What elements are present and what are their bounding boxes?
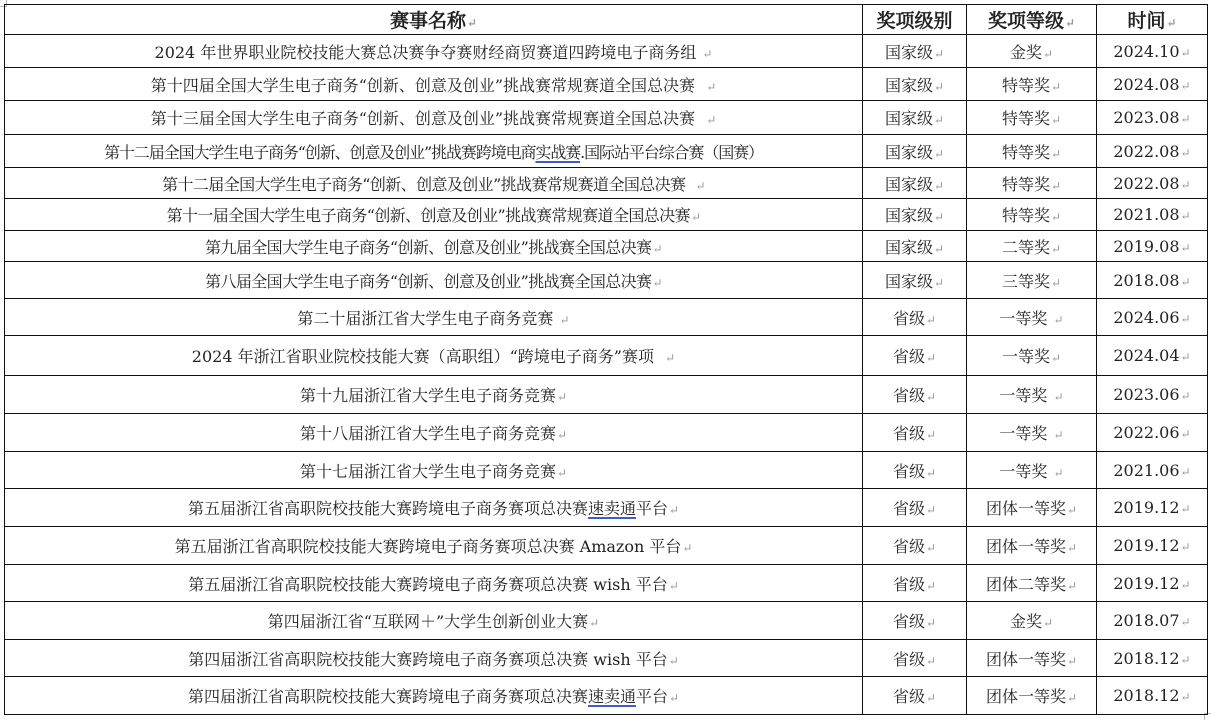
table-row: 第十三届全国大学生电子商务“创新、创意及创业”挑战赛常规赛道全国总决赛 ↵国家级…: [5, 101, 1208, 135]
cell-event-name[interactable]: 2024 年世界职业院校技能大赛总决赛争夺赛财经商贸赛道四跨境电子商务组 ↵: [5, 35, 863, 68]
paragraph-mark-icon: ↵: [934, 147, 944, 161]
paragraph-mark-icon: ↵: [560, 313, 570, 327]
cell-event-name[interactable]: 第十七届浙江省大学生电子商务竞赛↵: [5, 452, 863, 489]
cell-time[interactable]: 2019.12↵: [1097, 527, 1208, 565]
award-level-text: 省级: [893, 537, 925, 556]
table-row: 第八届全国大学生电子商务“创新、创意及创业”挑战赛全国总决赛↵国家级↵三等奖↵2…: [5, 262, 1208, 299]
table-row: 第十七届浙江省大学生电子商务竞赛↵省级↵一等奖 ↵2021.06↵: [5, 452, 1208, 489]
paragraph-mark-icon: ↵: [1054, 313, 1064, 327]
cell-time[interactable]: 2018.08↵: [1097, 262, 1208, 299]
event-name-text: 第九届全国大学生电子商务“创新、创意及创业”挑战赛全国总决赛: [205, 238, 651, 257]
paragraph-mark-icon: ↵: [934, 179, 944, 193]
award-grade-text: 一等奖: [999, 309, 1052, 328]
cell-award-grade[interactable]: 团体一等奖↵: [967, 677, 1097, 715]
cell-event-name[interactable]: 第十一届全国大学生电子商务“创新、创意及创业”挑战赛常规赛道全国总决赛↵: [5, 199, 863, 231]
cell-award-level[interactable]: 省级↵: [863, 677, 967, 715]
paragraph-mark-icon: ↵: [695, 179, 704, 193]
cell-time[interactable]: 2018.07↵: [1097, 602, 1208, 640]
paragraph-mark-icon: ↵: [1181, 312, 1191, 326]
cell-award-grade[interactable]: 团体一等奖↵: [967, 640, 1097, 677]
event-name-text: 第四届浙江省高职院校技能大赛跨境电子商务赛项总决赛 wish 平台: [188, 650, 668, 669]
award-grade-text: 一等奖: [999, 424, 1052, 443]
award-grade-text: 金奖: [1010, 612, 1042, 631]
time-text: 2023.06: [1113, 385, 1179, 404]
time-text: 2023.08: [1113, 108, 1179, 127]
event-name-text: 第十二届全国大学生电子商务“创新、创意及创业”挑战赛跨境电商: [104, 143, 535, 162]
event-name-text: 2024 年浙江省职业院校技能大赛（高职组）“跨境电子商务”赛项: [192, 347, 664, 366]
event-name-text: 第五届浙江省高职院校技能大赛跨境电子商务赛项总决赛: [188, 499, 588, 518]
event-name-text: 第十九届浙江省大学生电子商务竞赛: [300, 386, 556, 405]
paragraph-mark-icon: ↵: [926, 466, 936, 480]
cell-award-grade[interactable]: 一等奖 ↵: [967, 452, 1097, 489]
cell-award-grade[interactable]: 特等奖↵: [967, 68, 1097, 101]
paragraph-mark-icon: ↵: [589, 616, 599, 630]
award-grade-text: 特等奖: [1002, 206, 1050, 225]
cell-award-level[interactable]: 国家级↵: [863, 35, 967, 68]
paragraph-mark-icon: ↵: [557, 428, 567, 442]
cell-award-level[interactable]: 省级↵: [863, 527, 967, 565]
cell-award-grade[interactable]: 金奖↵: [967, 35, 1097, 68]
event-name-text: 第十三届全国大学生电子商务“创新、创意及创业”挑战赛常规赛道全国总决赛: [151, 109, 706, 128]
paragraph-mark-icon: ↵: [926, 691, 936, 705]
cell-award-level[interactable]: 省级↵: [863, 376, 967, 414]
cell-award-level[interactable]: 国家级↵: [863, 199, 967, 231]
paragraph-mark-icon: ↵: [926, 313, 936, 327]
cell-event-name[interactable]: 第四届浙江省高职院校技能大赛跨境电子商务赛项总决赛速卖通平台↵: [5, 677, 863, 715]
paragraph-mark-icon: ↵: [652, 276, 661, 290]
cell-time[interactable]: 2024.04↵: [1097, 336, 1208, 376]
table-row: 第四届浙江省“互联网＋”大学生创新创业大赛↵省级↵金奖↵2018.07↵: [5, 602, 1208, 640]
cell-award-level[interactable]: 省级↵: [863, 489, 967, 527]
award-grade-text: 特等奖: [1002, 109, 1050, 128]
award-grade-text: 一等奖: [999, 386, 1052, 405]
cell-event-name[interactable]: 第五届浙江省高职院校技能大赛跨境电子商务赛项总决赛 wish 平台↵: [5, 565, 863, 602]
cell-award-level[interactable]: 省级↵: [863, 640, 967, 677]
award-level-text: 省级: [893, 386, 925, 405]
paragraph-mark-icon: ↵: [934, 210, 944, 224]
cell-event-name[interactable]: 第十四届全国大学生电子商务“创新、创意及创业”挑战赛常规赛道全国总决赛 ↵: [5, 68, 863, 101]
table-header-row: 赛事名称↵ 奖项级别 奖项等级↵ 时间↵: [5, 5, 1208, 35]
time-text: 2024.08: [1113, 75, 1179, 94]
award-level-text: 国家级: [885, 272, 933, 291]
time-text: 2021.08: [1113, 205, 1179, 224]
cell-time[interactable]: 2023.06↵: [1097, 376, 1208, 414]
paragraph-mark-icon: ↵: [1181, 209, 1191, 223]
cell-time[interactable]: 2024.06↵: [1097, 299, 1208, 336]
paragraph-mark-icon: ↵: [557, 390, 567, 404]
paragraph-mark-icon: ↵: [1054, 390, 1064, 404]
event-name-text: 第十七届浙江省大学生电子商务竞赛: [300, 462, 556, 481]
paragraph-mark-icon: ↵: [1181, 615, 1191, 629]
paragraph-mark-icon: ↵: [926, 654, 936, 668]
paragraph-mark-icon: ↵: [1051, 276, 1061, 290]
award-grade-text: 金奖: [1010, 43, 1042, 62]
time-text: 2022.06: [1113, 423, 1179, 442]
award-level-text: 国家级: [885, 76, 933, 95]
cell-award-grade[interactable]: 一等奖 ↵: [967, 414, 1097, 452]
event-name-text: 第十二届全国大学生电子商务“创新、创意及创业”挑战赛常规赛道全国总决赛: [162, 175, 694, 194]
cell-award-grade[interactable]: 团体一等奖↵: [967, 489, 1097, 527]
cell-award-grade[interactable]: 特等奖↵: [967, 168, 1097, 199]
cell-award-grade[interactable]: 一等奖↵: [967, 336, 1097, 376]
paragraph-mark-icon: ↵: [1051, 242, 1061, 256]
table-row: 第五届浙江省高职院校技能大赛跨境电子商务赛项总决赛速卖通平台↵省级↵团体一等奖↵…: [5, 489, 1208, 527]
award-grade-text: 团体一等奖: [986, 499, 1066, 518]
time-text: 2024.04: [1113, 346, 1179, 365]
cell-award-level[interactable]: 国家级↵: [863, 168, 967, 199]
cell-event-name[interactable]: 2024 年浙江省职业院校技能大赛（高职组）“跨境电子商务”赛项 ↵: [5, 336, 863, 376]
cell-award-grade[interactable]: 特等奖↵: [967, 199, 1097, 231]
event-name-text-suffix: .国际站平台综合赛（国赛）: [580, 143, 763, 162]
event-name-text: 第八届全国大学生电子商务“创新、创意及创业”挑战赛全国总决赛: [205, 272, 651, 291]
header-time: 时间↵: [1097, 5, 1208, 35]
cell-award-level[interactable]: 国家级↵: [863, 135, 967, 168]
award-level-text: 省级: [893, 424, 925, 443]
time-text: 2019.12: [1113, 574, 1179, 593]
paragraph-mark-icon: ↵: [1051, 113, 1061, 127]
cell-time[interactable]: 2024.08↵: [1097, 68, 1208, 101]
paragraph-mark-icon: ↵: [926, 541, 936, 555]
paragraph-mark-icon: ↵: [1051, 210, 1061, 224]
paragraph-mark-icon: ↵: [669, 691, 679, 705]
cell-time[interactable]: 2023.08↵: [1097, 101, 1208, 135]
award-grade-text: 特等奖: [1002, 143, 1050, 162]
cell-event-name[interactable]: 第五届浙江省高职院校技能大赛跨境电子商务赛项总决赛速卖通平台↵: [5, 489, 863, 527]
time-text: 2021.06: [1113, 461, 1179, 480]
time-text: 2019.12: [1113, 498, 1179, 517]
paragraph-mark-icon: ↵: [926, 351, 936, 365]
time-text: 2018.07: [1113, 611, 1179, 630]
paragraph-mark-icon: ↵: [467, 16, 477, 30]
award-grade-text: 一等奖: [999, 462, 1052, 481]
cell-time[interactable]: 2022.08↵: [1097, 135, 1208, 168]
time-text: 2018.08: [1113, 271, 1179, 290]
event-name-text: 第四届浙江省高职院校技能大赛跨境电子商务赛项总决赛: [188, 687, 588, 706]
spellcheck-underlined-text: 速卖通: [588, 499, 636, 518]
paragraph-mark-icon: ↵: [1043, 47, 1053, 61]
table-body: 2024 年世界职业院校技能大赛总决赛争夺赛财经商贸赛道四跨境电子商务组 ↵国家…: [5, 35, 1208, 715]
paragraph-mark-icon: ↵: [1181, 275, 1191, 289]
award-level-text: 国家级: [885, 43, 933, 62]
cell-award-grade[interactable]: 一等奖 ↵: [967, 299, 1097, 336]
award-level-text: 省级: [893, 462, 925, 481]
award-level-text: 国家级: [885, 143, 933, 162]
event-name-text: 第十四届全国大学生电子商务“创新、创意及创业”挑战赛常规赛道全国总决赛: [151, 76, 706, 95]
cell-award-level[interactable]: 省级↵: [863, 414, 967, 452]
award-grade-text: 二等奖: [1002, 238, 1050, 257]
table-row: 第十二届全国大学生电子商务“创新、创意及创业”挑战赛常规赛道全国总决赛 ↵国家级…: [5, 168, 1208, 199]
table-row: 第五届浙江省高职院校技能大赛跨境电子商务赛项总决赛 Amazon 平台↵省级↵团…: [5, 527, 1208, 565]
award-level-text: 省级: [893, 650, 925, 669]
table-row: 第四届浙江省高职院校技能大赛跨境电子商务赛项总决赛速卖通平台↵省级↵团体一等奖↵…: [5, 677, 1208, 715]
paragraph-mark-icon: ↵: [1181, 578, 1191, 592]
cell-time[interactable]: 2019.12↵: [1097, 565, 1208, 602]
event-name-text: 第五届浙江省高职院校技能大赛跨境电子商务赛项总决赛 wish 平台: [188, 575, 668, 594]
cell-time[interactable]: 2018.12↵: [1097, 677, 1208, 715]
paragraph-mark-icon: ↵: [652, 242, 661, 256]
paragraph-mark-icon: ↵: [926, 579, 936, 593]
cell-event-name[interactable]: 第四届浙江省高职院校技能大赛跨境电子商务赛项总决赛 wish 平台↵: [5, 640, 863, 677]
paragraph-mark-icon: ↵: [1181, 690, 1191, 704]
paragraph-mark-icon: ↵: [1181, 112, 1191, 126]
time-text: 2024.06: [1113, 308, 1179, 327]
cell-time[interactable]: 2021.08↵: [1097, 199, 1208, 231]
paragraph-mark-icon: ↵: [665, 351, 675, 365]
award-level-text: 省级: [893, 687, 925, 706]
award-level-text: 国家级: [885, 175, 933, 194]
cell-event-name[interactable]: 第八届全国大学生电子商务“创新、创意及创业”挑战赛全国总决赛↵: [5, 262, 863, 299]
paragraph-mark-icon: ↵: [1065, 16, 1075, 30]
paragraph-mark-icon: ↵: [1181, 653, 1191, 667]
time-text: 2018.12: [1113, 649, 1179, 668]
paragraph-mark-icon: ↵: [934, 47, 944, 61]
award-level-text: 国家级: [885, 109, 933, 128]
time-text: 2019.08: [1113, 237, 1179, 256]
paragraph-mark-icon: ↵: [691, 210, 700, 224]
cell-event-name[interactable]: 第十九届浙江省大学生电子商务竞赛↵: [5, 376, 863, 414]
paragraph-mark-icon: ↵: [1054, 466, 1064, 480]
paragraph-mark-icon: ↵: [1051, 351, 1061, 365]
cell-award-level[interactable]: 省级↵: [863, 602, 967, 640]
cell-award-level[interactable]: 省级↵: [863, 299, 967, 336]
cell-time[interactable]: 2018.12↵: [1097, 640, 1208, 677]
cell-event-name[interactable]: 第五届浙江省高职院校技能大赛跨境电子商务赛项总决赛 Amazon 平台↵: [5, 527, 863, 565]
table-row: 第十九届浙江省大学生电子商务竞赛↵省级↵一等奖 ↵2023.06↵: [5, 376, 1208, 414]
award-level-text: 省级: [893, 347, 925, 366]
paragraph-mark-icon: ↵: [1181, 146, 1191, 160]
paragraph-mark-icon: ↵: [934, 276, 944, 290]
time-text: 2022.08: [1113, 142, 1179, 161]
award-level-text: 省级: [893, 309, 925, 328]
paragraph-mark-icon: ↵: [1051, 179, 1061, 193]
header-level: 奖项级别: [863, 5, 967, 35]
award-level-text: 省级: [893, 612, 925, 631]
paragraph-mark-icon: ↵: [1051, 80, 1061, 94]
cell-event-name[interactable]: 第四届浙江省“互联网＋”大学生创新创业大赛↵: [5, 602, 863, 640]
cell-event-name[interactable]: 第十三届全国大学生电子商务“创新、创意及创业”挑战赛常规赛道全国总决赛 ↵: [5, 101, 863, 135]
event-name-text: 第四届浙江省“互联网＋”大学生创新创业大赛: [268, 612, 588, 631]
spellcheck-underlined-text: 实战赛: [535, 143, 580, 162]
award-grade-text: 三等奖: [1002, 272, 1050, 291]
paragraph-mark-icon: ↵: [926, 503, 936, 517]
award-level-text: 省级: [893, 575, 925, 594]
award-level-text: 省级: [893, 499, 925, 518]
paragraph-mark-icon: ↵: [934, 80, 944, 94]
header-time-label: 时间: [1127, 10, 1165, 32]
award-grade-text: 特等奖: [1002, 175, 1050, 194]
cell-award-level[interactable]: 国家级↵: [863, 101, 967, 135]
table-row: 第十四届全国大学生电子商务“创新、创意及创业”挑战赛常规赛道全国总决赛 ↵国家级…: [5, 68, 1208, 101]
cell-time[interactable]: 2021.06↵: [1097, 452, 1208, 489]
event-name-text: 第二十届浙江省大学生电子商务竞赛: [297, 309, 558, 328]
header-grade: 奖项等级↵: [967, 5, 1097, 35]
paragraph-mark-icon: ↵: [934, 113, 944, 127]
award-grade-text: 一等奖: [1002, 347, 1050, 366]
paragraph-mark-icon: ↵: [926, 616, 936, 630]
paragraph-mark-icon: ↵: [926, 390, 936, 404]
paragraph-mark-icon: ↵: [1051, 147, 1061, 161]
paragraph-mark-icon: ↵: [1181, 46, 1191, 60]
header-level-label: 奖项级别: [876, 10, 952, 32]
paragraph-mark-icon: ↵: [669, 579, 679, 593]
award-grade-text: 团体二等奖: [986, 575, 1066, 594]
header-name-label: 赛事名称: [390, 10, 466, 32]
paragraph-mark-icon: ↵: [1054, 428, 1064, 442]
paragraph-mark-icon: ↵: [1181, 79, 1191, 93]
paragraph-mark-icon: ↵: [682, 541, 692, 555]
award-grade-text: 团体一等奖: [986, 650, 1066, 669]
event-name-text: 第十八届浙江省大学生电子商务竞赛: [300, 424, 556, 443]
event-name-text-suffix: 平台: [636, 687, 668, 706]
cell-award-level[interactable]: 省级↵: [863, 565, 967, 602]
event-name-text-suffix: 平台: [636, 499, 668, 518]
cell-time[interactable]: 2022.08↵: [1097, 168, 1208, 199]
cell-award-grade[interactable]: 一等奖 ↵: [967, 376, 1097, 414]
cell-event-name[interactable]: 第二十届浙江省大学生电子商务竞赛 ↵: [5, 299, 863, 336]
paragraph-mark-icon: ↵: [1067, 579, 1077, 593]
cell-award-grade[interactable]: 二等奖↵: [967, 231, 1097, 262]
table-row: 2024 年世界职业院校技能大赛总决赛争夺赛财经商贸赛道四跨境电子商务组 ↵国家…: [5, 35, 1208, 68]
paragraph-mark-icon: ↵: [1067, 503, 1077, 517]
paragraph-mark-icon: ↵: [1181, 540, 1191, 554]
cell-award-level[interactable]: 省级↵: [863, 336, 967, 376]
paragraph-mark-icon: ↵: [1067, 654, 1077, 668]
table-row: 第十一届全国大学生电子商务“创新、创意及创业”挑战赛常规赛道全国总决赛↵国家级↵…: [5, 199, 1208, 231]
paragraph-mark-icon: ↵: [1181, 389, 1191, 403]
paragraph-mark-icon: ↵: [557, 466, 567, 480]
paragraph-mark-icon: ↵: [669, 654, 679, 668]
awards-table: 赛事名称↵ 奖项级别 奖项等级↵ 时间↵ 2024 年世界职业院校技能大赛总决赛…: [4, 4, 1208, 715]
paragraph-mark-icon: ↵: [1181, 178, 1191, 192]
cell-award-grade[interactable]: 特等奖↵: [967, 101, 1097, 135]
header-grade-label: 奖项等级: [988, 10, 1064, 32]
cell-award-grade[interactable]: 团体二等奖↵: [967, 565, 1097, 602]
cell-event-name[interactable]: 第九届全国大学生电子商务“创新、创意及创业”挑战赛全国总决赛↵: [5, 231, 863, 262]
paragraph-mark-icon: ↵: [1181, 241, 1191, 255]
paragraph-mark-icon: ↵: [1181, 502, 1191, 516]
paragraph-mark-icon: ↵: [706, 113, 716, 127]
cell-award-grade[interactable]: 特等奖↵: [967, 135, 1097, 168]
cell-award-grade[interactable]: 团体一等奖↵: [967, 527, 1097, 565]
paragraph-mark-icon: ↵: [1166, 16, 1176, 30]
table-row: 第四届浙江省高职院校技能大赛跨境电子商务赛项总决赛 wish 平台↵省级↵团体一…: [5, 640, 1208, 677]
table-row: 第十八届浙江省大学生电子商务竞赛↵省级↵一等奖 ↵2022.06↵: [5, 414, 1208, 452]
paragraph-mark-icon: ↵: [1067, 541, 1077, 555]
award-grade-text: 团体一等奖: [986, 687, 1066, 706]
award-level-text: 国家级: [885, 238, 933, 257]
time-text: 2018.12: [1113, 686, 1179, 705]
cell-time[interactable]: 2022.06↵: [1097, 414, 1208, 452]
spellcheck-underlined-text: 速卖通: [588, 687, 636, 706]
event-name-text: 第十一届全国大学生电子商务“创新、创意及创业”挑战赛常规赛道全国总决赛: [167, 206, 690, 225]
event-name-text: 第五届浙江省高职院校技能大赛跨境电子商务赛项总决赛 Amazon 平台: [175, 537, 682, 556]
table-row: 第十二届全国大学生电子商务“创新、创意及创业”挑战赛跨境电商实战赛.国际站平台综…: [5, 135, 1208, 168]
table-row: 第二十届浙江省大学生电子商务竞赛 ↵省级↵一等奖 ↵2024.06↵: [5, 299, 1208, 336]
paragraph-mark-icon: ↵: [1067, 691, 1077, 705]
cell-award-grade[interactable]: 金奖↵: [967, 602, 1097, 640]
paragraph-mark-icon: ↵: [1181, 427, 1191, 441]
cell-time[interactable]: 2019.08↵: [1097, 231, 1208, 262]
paragraph-mark-icon: ↵: [1043, 616, 1053, 630]
award-grade-text: 团体一等奖: [986, 537, 1066, 556]
time-text: 2024.10: [1113, 42, 1179, 61]
cell-event-name[interactable]: 第十二届全国大学生电子商务“创新、创意及创业”挑战赛跨境电商实战赛.国际站平台综…: [5, 135, 863, 168]
table-row: 第九届全国大学生电子商务“创新、创意及创业”挑战赛全国总决赛↵国家级↵二等奖↵2…: [5, 231, 1208, 262]
cell-award-level[interactable]: 省级↵: [863, 452, 967, 489]
cell-award-grade[interactable]: 三等奖↵: [967, 262, 1097, 299]
time-text: 2019.12: [1113, 536, 1179, 555]
time-text: 2022.08: [1113, 174, 1179, 193]
cell-award-level[interactable]: 国家级↵: [863, 262, 967, 299]
paragraph-mark-icon: ↵: [702, 47, 712, 61]
cell-award-level[interactable]: 国家级↵: [863, 231, 967, 262]
cell-event-name[interactable]: 第十八届浙江省大学生电子商务竞赛↵: [5, 414, 863, 452]
paragraph-mark-icon: ↵: [926, 428, 936, 442]
paragraph-mark-icon: ↵: [934, 242, 944, 256]
paragraph-mark-icon: ↵: [1181, 465, 1191, 479]
award-level-text: 国家级: [885, 206, 933, 225]
event-name-text: 2024 年世界职业院校技能大赛总决赛争夺赛财经商贸赛道四跨境电子商务组: [155, 43, 702, 62]
cell-award-level[interactable]: 国家级↵: [863, 68, 967, 101]
cell-time[interactable]: 2019.12↵: [1097, 489, 1208, 527]
paragraph-mark-icon: ↵: [706, 80, 716, 94]
table-row: 2024 年浙江省职业院校技能大赛（高职组）“跨境电子商务”赛项 ↵省级↵一等奖…: [5, 336, 1208, 376]
cell-event-name[interactable]: 第十二届全国大学生电子商务“创新、创意及创业”挑战赛常规赛道全国总决赛 ↵: [5, 168, 863, 199]
table-row: 第五届浙江省高职院校技能大赛跨境电子商务赛项总决赛 wish 平台↵省级↵团体二…: [5, 565, 1208, 602]
award-grade-text: 特等奖: [1002, 76, 1050, 95]
paragraph-mark-icon: ↵: [669, 503, 679, 517]
paragraph-mark-icon: ↵: [1181, 350, 1191, 364]
header-name: 赛事名称↵: [5, 5, 863, 35]
cell-time[interactable]: 2024.10↵: [1097, 35, 1208, 68]
